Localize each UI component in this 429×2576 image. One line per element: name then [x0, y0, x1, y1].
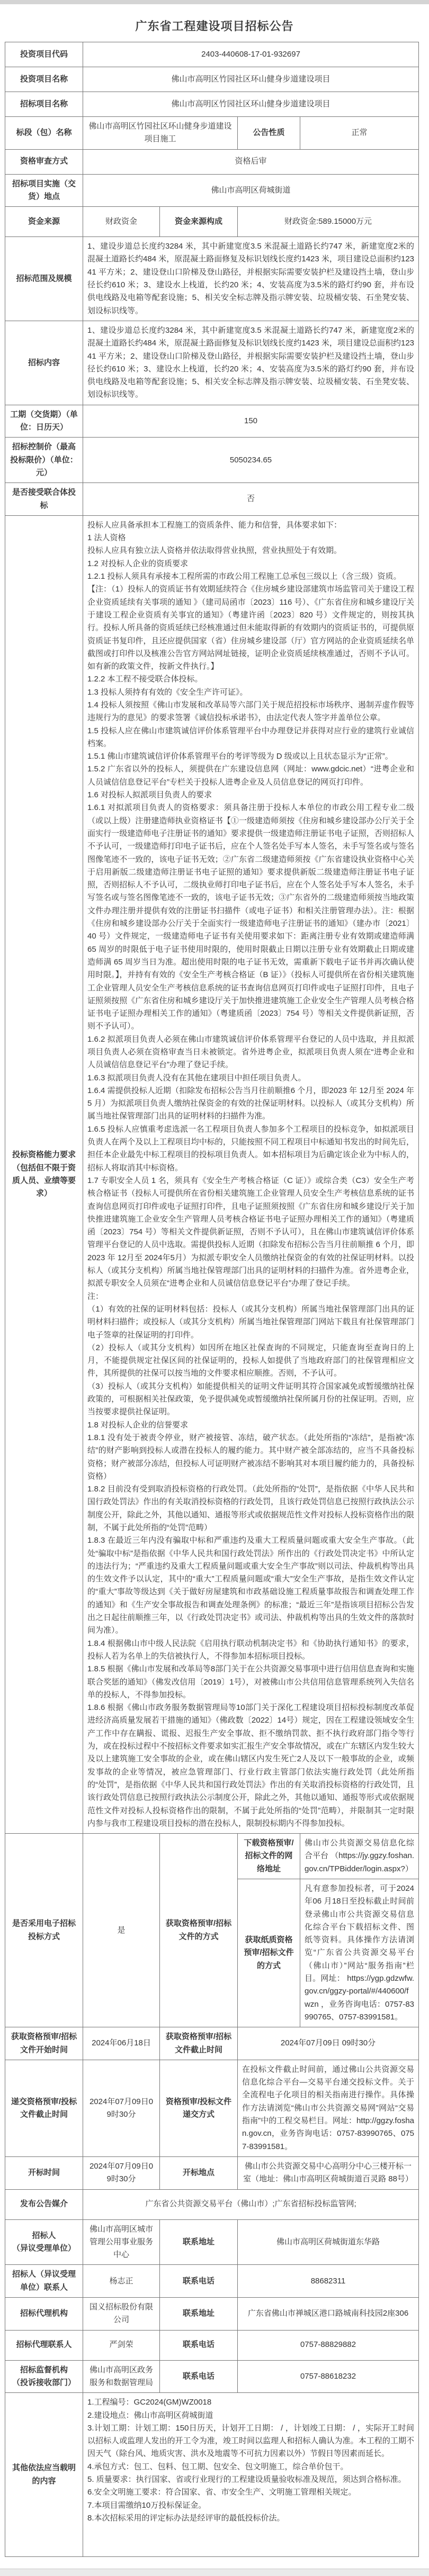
location-value: 佛山市高明区荷城街道 [83, 174, 419, 207]
tender-name-value: 佛山市高明区竹园社区环山健身步道建设项目 [83, 92, 419, 117]
agency-contact-value: 严剑荣 [83, 2330, 160, 2360]
agency-address-label: 联系地址 [160, 2298, 238, 2331]
invest-code-value: 2403-440608-17-01-932697 [83, 42, 419, 67]
section-name-label: 标段（包）名称 [5, 117, 83, 150]
content-label: 招标内容 [5, 321, 83, 405]
notice-nature-value: 正常 [300, 117, 419, 150]
table-row: 其他依法应当载明的内容 1.工程编号：GC2024(GM)WZ0018 2.建设… [5, 2393, 419, 2557]
tenderer-address-label: 联系地址 [160, 2219, 238, 2265]
supervisor-phone-label: 联系电话 [160, 2360, 238, 2393]
table-row: 招标代理联系人 严剑荣 联系电话 0757-88829882 [5, 2330, 419, 2360]
table-row: 投资项目名称 佛山市高明区竹园社区环山健身步道建设项目 [5, 67, 419, 92]
table-row: 递交资格预审/投标文件截止时间 2024年07月09日09时30分 资格预审/投… [5, 2060, 419, 2156]
doc-start-time-label: 获取资格预审/招标文件开始时间 [5, 2027, 83, 2060]
page-top-strip [0, 0, 429, 4]
consortium-label: 是否接受联合体投标 [5, 483, 83, 516]
table-row: 招标人 （异议受理单位） 佛山市高明区城市管理公用事业服务中心 联系地址 佛山市… [5, 2219, 419, 2265]
submit-deadline-label: 递交资格预审/投标文件截止时间 [5, 2060, 83, 2156]
consortium-value: 否 [83, 483, 419, 516]
etender-value: 是 [83, 1834, 160, 2027]
fund-composition-value: 财政资金:589.15000万元 [238, 207, 419, 237]
invest-name-value: 佛山市高明区竹园社区环山健身步道建设项目 [83, 67, 419, 92]
page-bottom-strip [0, 2569, 429, 2576]
opening-place-value: 佛山市公共资源交易中心高明分中心三楼开标一室（地址：佛山市高明区荷城街道百灵路 … [238, 2156, 419, 2189]
tenderer-contact-label: 招标人（异议受理单位）联系人 [5, 2265, 83, 2298]
table-row: 招标范围及规模 1、建设步道总长度约3284 米，其中新建宽度3.5 米混凝土道… [5, 237, 419, 321]
tenderer-contact-value: 杨志正 [83, 2265, 160, 2298]
announcement-media-label: 发布公告媒介 [5, 2189, 83, 2219]
section-name-value: 佛山市高明区竹园社区环山健身步道建设项目施工 [83, 117, 238, 150]
agency-phone-value: 0757-88829882 [238, 2330, 419, 2360]
tenderer-value: 佛山市高明区城市管理公用事业服务中心 [83, 2219, 160, 2265]
agency-value: 国义招标股份有限公司 [83, 2298, 160, 2331]
tenderer-phone-value: 88682311 [238, 2265, 419, 2298]
qualify-mode-label: 资格审查方式 [5, 149, 83, 174]
tenderer-label: 招标人 （异议受理单位） [5, 2219, 83, 2265]
qualification-requirements-value: 投标人应具备承担本工程施工的资质条件、能力和信誉，具体要求如下： 1 法人资格 … [83, 515, 419, 1833]
ceiling-price-value: 5050234.65 [83, 438, 419, 483]
ceiling-price-label: 招标控制价（最高投标限价）（单位：元） [5, 438, 83, 483]
table-row: 发布公告媒介 广东省公共资源交易平台（佛山市）;广东省招标投标监管网; [5, 2189, 419, 2219]
notice-nature-label: 公告性质 [238, 117, 300, 150]
location-label: 招标项目实施（交货）地点 [5, 174, 83, 207]
table-row: 是否采用电子招标投标方式 是 获取资格预审/招标文件的方式 下载资格预审/招标文… [5, 1834, 419, 1879]
table-row: 工期（交货期）（单位：日历天） 150 [5, 405, 419, 438]
tenderer-phone-label: 联系电话 [160, 2265, 238, 2298]
opening-time-value: 2024年07月09日09时30分 [83, 2156, 160, 2189]
paper-doc-method-value: 凡有意参加投标者，可于2024年06 月18日至投标截止时间前登录佛山市公共资源… [300, 1879, 419, 2027]
etender-label: 是否采用电子招标投标方式 [5, 1834, 83, 2027]
qualification-requirements-label: 投标资格能力要求（包括但不限于资质人员、业绩等要求） [5, 515, 83, 1833]
supervisor-value: 佛山市高明区政务服务和数据管理局 [83, 2360, 160, 2393]
doc-download-url-label: 下载资格预审/招标文件的网络地址 [238, 1834, 300, 1879]
opening-time-label: 开标时间 [5, 2156, 83, 2189]
other-content-label: 其他依法应当载明的内容 [5, 2393, 83, 2557]
doc-deadline-value: 2024年07月09日 09时30分 [238, 2027, 419, 2060]
invest-code-label: 投资项目代码 [5, 42, 83, 67]
paper-doc-method-label: 获取纸质资格预审/招标文件的方式 [238, 1879, 300, 2027]
other-content-value: 1.工程编号：GC2024(GM)WZ0018 2.建设地点：佛山市高明区荷城街… [83, 2393, 419, 2557]
agency-address-value: 广东省佛山市禅城区港口路城南科技园2座306 [238, 2298, 419, 2331]
table-row: 投资项目代码 2403-440608-17-01-932697 [5, 42, 419, 67]
duration-label: 工期（交货期）（单位：日历天） [5, 405, 83, 438]
table-row: 是否接受联合体投标 否 [5, 483, 419, 516]
table-row: 标段（包）名称 佛山市高明区竹园社区环山健身步道建设项目施工 公告性质 正常 [5, 117, 419, 150]
table-row: 获取资格预审/招标文件开始时间 2024年06月18日 获取资格预审/招标文件截… [5, 2027, 419, 2060]
table-row: 招标监督机构 （投诉接收部门） 佛山市高明区政务服务和数据管理局 联系电话 07… [5, 2360, 419, 2393]
table-row: 招标控制价（最高投标限价）（单位：元） 5050234.65 [5, 438, 419, 483]
doc-start-time-value: 2024年06月18日 [83, 2027, 160, 2060]
table-row: 资金来源 财政资金 资金来源构成 财政资金:589.15000万元 [5, 207, 419, 237]
submit-deadline-value: 2024年07月09日09时30分 [83, 2060, 160, 2156]
table-row: 招标代理机构 国义招标股份有限公司 联系地址 广东省佛山市禅城区港口路城南科技园… [5, 2298, 419, 2331]
agency-contact-label: 招标代理联系人 [5, 2330, 83, 2360]
submit-method-value: 在投标文件截止时间前，通过佛山公共资源交易信息化综合平台—交易平台递交投标文件。… [238, 2060, 419, 2156]
fund-source-value: 财政资金 [83, 207, 160, 237]
agency-label: 招标代理机构 [5, 2298, 83, 2331]
table-row: 招标项目实施（交货）地点 佛山市高明区荷城街道 [5, 174, 419, 207]
content-value: 1、建设步道总长度约3284 米，其中新建宽度3.5 米混凝土道路长约747 米… [83, 321, 419, 405]
table-row: 招标人（异议受理单位）联系人 杨志正 联系电话 88682311 [5, 2265, 419, 2298]
supervisor-label: 招标监督机构 （投诉接收部门） [5, 2360, 83, 2393]
doc-obtain-method-label: 获取资格预审/招标文件的方式 [160, 1834, 238, 2027]
tender-name-label: 招标项目名称 [5, 92, 83, 117]
doc-download-url-value: 佛山市公共资源交易信息化综合平台 （https://jy.ggzy.foshan… [300, 1834, 419, 1879]
announcement-media-value: 广东省公共资源交易平台（佛山市）;广东省招标投标监管网; [83, 2189, 419, 2219]
scope-value: 1、建设步道总长度约3284 米，其中新建宽度3.5 米混凝土道路长约747 米… [83, 237, 419, 321]
fund-source-label: 资金来源 [5, 207, 83, 237]
doc-deadline-label: 获取资格预审/招标文件截止时间 [160, 2027, 238, 2060]
submit-method-label: 资格预审/投标文件递交方式 [160, 2060, 238, 2156]
table-row: 招标项目名称 佛山市高明区竹园社区环山健身步道建设项目 [5, 92, 419, 117]
duration-value: 150 [83, 405, 419, 438]
tender-announcement-table: 投资项目代码 2403-440608-17-01-932697 投资项目名称 佛… [5, 42, 419, 2557]
agency-phone-label: 联系电话 [160, 2330, 238, 2360]
table-row: 开标时间 2024年07月09日09时30分 开标地点 佛山市公共资源交易中心高… [5, 2156, 419, 2189]
scope-label: 招标范围及规模 [5, 237, 83, 321]
fund-composition-label: 资金来源构成 [160, 207, 238, 237]
invest-name-label: 投资项目名称 [5, 67, 83, 92]
tenderer-address-value: 佛山市高明区荷城街道东华路 [238, 2219, 419, 2265]
table-row: 投标资格能力要求（包括但不限于资质人员、业绩等要求） 投标人应具备承担本工程施工… [5, 515, 419, 1833]
supervisor-phone-value: 0757-88618232 [238, 2360, 419, 2393]
page-title: 广东省工程建设项目招标公告 [0, 17, 429, 34]
table-row: 招标内容 1、建设步道总长度约3284 米，其中新建宽度3.5 米混凝土道路长约… [5, 321, 419, 405]
qualify-mode-value: 资格后审 [83, 149, 419, 174]
table-row: 资格审查方式 资格后审 [5, 149, 419, 174]
opening-place-label: 开标地点 [160, 2156, 238, 2189]
